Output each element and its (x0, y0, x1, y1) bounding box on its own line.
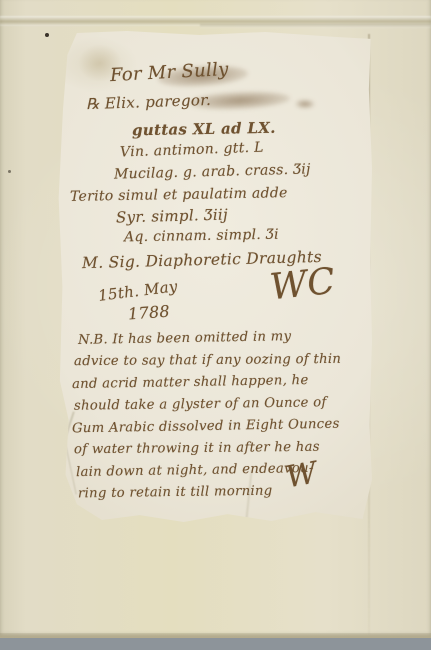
recipe-line: Aq. cinnam. simpl. Ʒi (124, 227, 279, 246)
page-bottom-edge (0, 633, 431, 638)
ink-smudge (296, 100, 314, 108)
nota-bene-line: and acrid matter shall happen, he (72, 373, 309, 392)
nota-bene-line: Gum Arabic dissolved in Eight Ounces (72, 417, 340, 437)
paper-speck (45, 33, 49, 37)
recipe-line: ℞ Elix. paregor. (86, 91, 212, 113)
recipe-line: Vin. antimon. gtt. L (120, 139, 264, 160)
recipe-line: Mucilag. g. arab. crass. Ʒij (114, 161, 311, 182)
pasted-prescription-note: For Mr Sully ℞ Elix. paregor. guttas XL … (58, 30, 372, 524)
recipe-line: guttas XL ad LX. (132, 119, 276, 140)
physician-signature: WC (268, 261, 337, 309)
date-year: 1788 (127, 302, 170, 324)
page-fold-crease (200, 24, 431, 28)
nota-bene-line: N.B. It has been omitted in my (78, 329, 292, 348)
date-day-month: 15th. May (97, 277, 178, 305)
paper-speck (8, 170, 11, 173)
recipe-line: Terito simul et paulatim adde (70, 185, 288, 205)
nota-bene-line: of water throwing it in after he has (74, 440, 320, 458)
nota-bene-line: advice to say that if any oozing of thin (74, 352, 341, 369)
nota-bene-line: lain down at night, and endeavou- (76, 461, 314, 480)
nota-bene-signature: W (283, 456, 320, 496)
recipe-line: Syr. simpl. Ʒiij (116, 206, 228, 227)
nota-bene-line: should take a glyster of an Ounce of (74, 395, 327, 414)
photo-of-manuscript: { "colors": { "background": "#8d949a", "… (0, 0, 431, 650)
book-page: For Mr Sully ℞ Elix. paregor. guttas XL … (0, 0, 431, 638)
nota-bene-line: ring to retain it till morning (78, 484, 273, 502)
